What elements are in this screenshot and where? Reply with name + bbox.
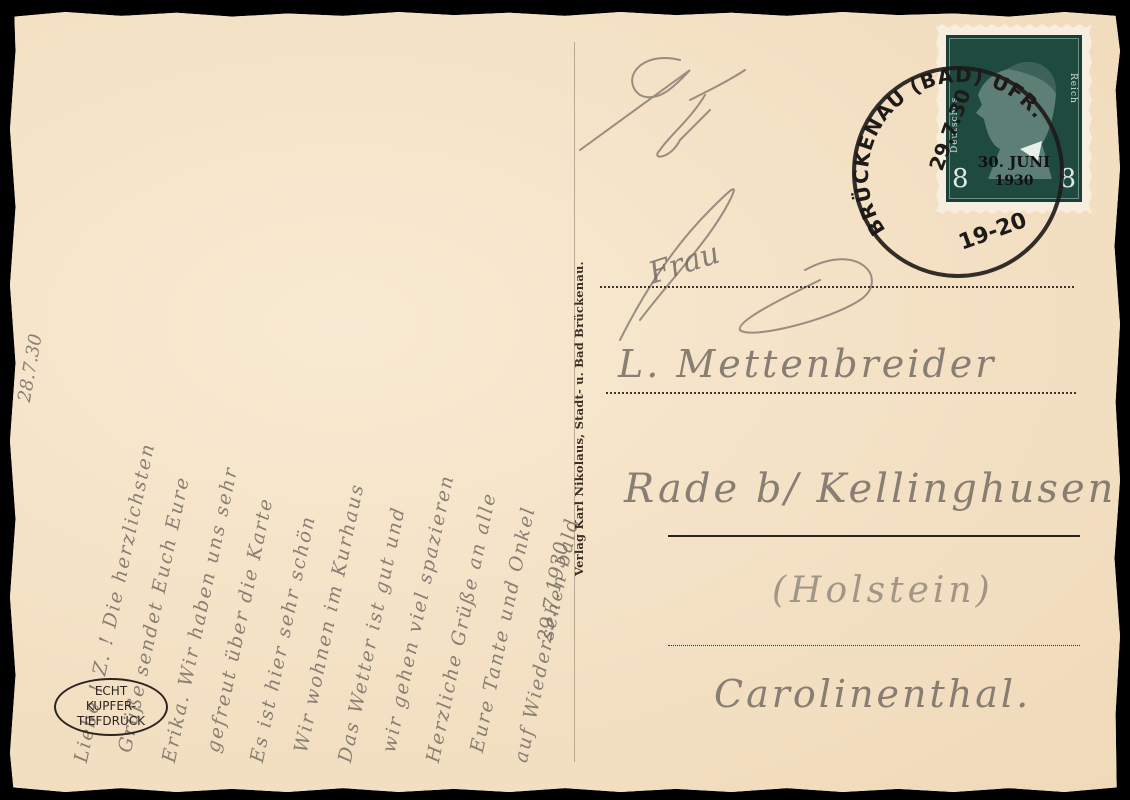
postmark: BRÜCKENAU (BAD) UFR. 29.7.30 19-20: [846, 60, 1070, 284]
print-mark-line: ECHT: [56, 684, 166, 699]
postmark-time: 19-20: [956, 208, 1031, 256]
address-rule-3: [668, 535, 1080, 537]
address-line-5: Carolinenthal.: [714, 672, 1031, 716]
address-line-2: L. Mettenbreider: [618, 342, 996, 386]
address-rule-2: [606, 392, 1076, 394]
postmark-date: 29.7.30: [924, 86, 976, 174]
print-mark-stamp: ECHT KUPFER- TIEFDRUCK: [54, 678, 168, 736]
address-rule-4: [668, 645, 1080, 646]
address-rule-1: [600, 286, 1074, 288]
address-line-4: (Holstein): [772, 570, 994, 611]
print-mark-line: KUPFER-: [56, 699, 166, 714]
print-mark-line: TIEFDRUCK: [56, 714, 166, 729]
address-line-3: Rade b/ Kellinghusen: [624, 466, 1116, 512]
